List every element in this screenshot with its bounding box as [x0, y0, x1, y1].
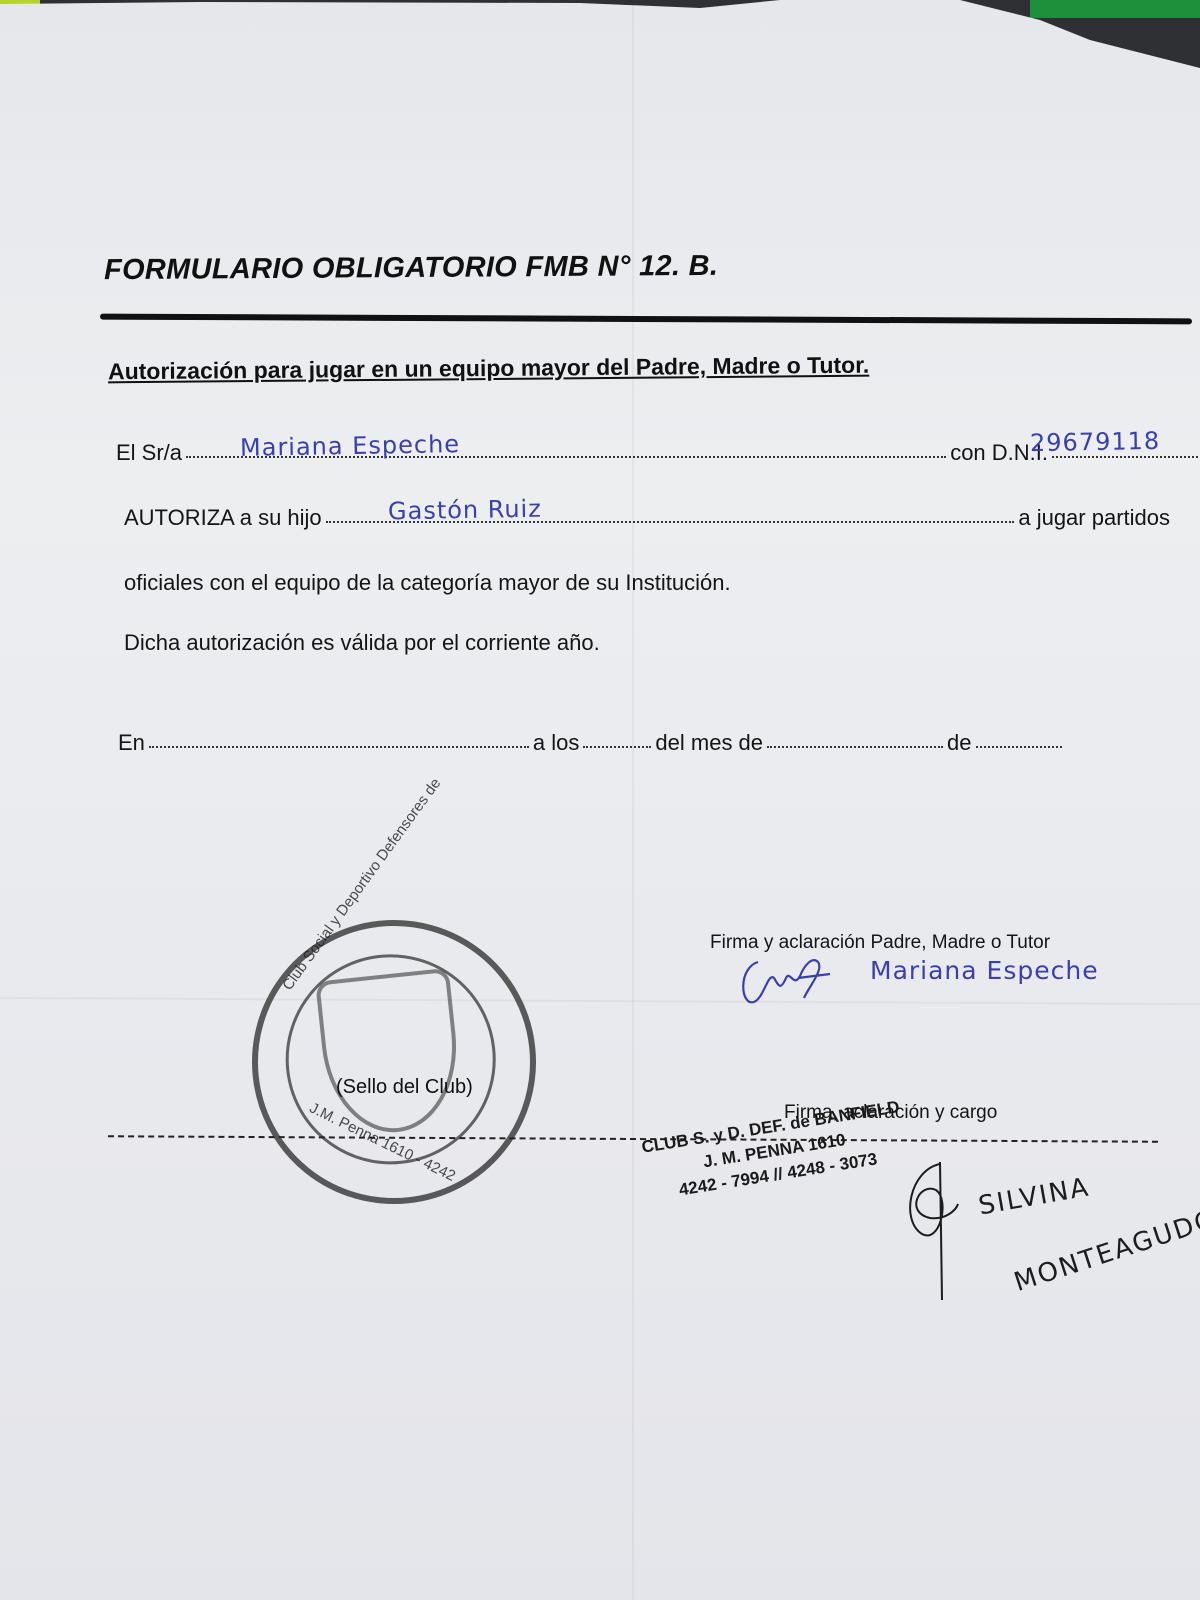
paper-fold [0, 997, 1200, 1005]
official-first-name: SILVINA [976, 1172, 1092, 1221]
form-subtitle: Autorización para jugar en un equipo may… [108, 352, 869, 386]
year-field[interactable] [976, 746, 1062, 748]
form-paper: FORMULARIO OBLIGATORIO FMB N° 12. B. Aut… [0, 0, 1200, 1600]
official-last-name: MONTEAGUDO [1011, 1204, 1200, 1298]
date-en-label: En [118, 730, 145, 756]
parent-signature-name: Mariana Espeche [870, 956, 1099, 985]
child-suffix: a jugar partidos [1018, 505, 1170, 531]
parent-signature-scribble [738, 948, 858, 1018]
place-field[interactable] [149, 746, 529, 748]
parent-name-value: Mariana Espeche [240, 430, 461, 462]
date-line: En a los del mes de de [118, 730, 1138, 756]
month-field[interactable] [767, 746, 943, 748]
child-line: AUTORIZA a su hijo a jugar partidos [124, 505, 1170, 531]
child-prefix: AUTORIZA a su hijo [124, 505, 322, 531]
body-line-3: oficiales con el equipo de la categoría … [124, 570, 731, 596]
title-rule [100, 314, 1192, 325]
day-field[interactable] [583, 746, 651, 748]
date-month-label: del mes de [655, 730, 763, 756]
official-signature-scribble [900, 1160, 980, 1310]
parent-prefix: El Sr/a [116, 440, 182, 466]
club-address-stamp: CLUB S. y D. DEF. de BANFIELD J. M. PENN… [640, 1095, 909, 1207]
dni-value: 29679118 [1030, 427, 1161, 457]
date-year-label: de [947, 730, 971, 756]
date-day-label: a los [533, 730, 579, 756]
club-seal: Club Social y Deportivo Defensores de J.… [238, 906, 550, 1218]
form-title: FORMULARIO OBLIGATORIO FMB N° 12. B. [104, 250, 718, 287]
body-line-4: Dicha autorización es válida por el corr… [124, 630, 600, 656]
child-name-value: Gastón Ruiz [388, 495, 542, 526]
paper-fold [632, 0, 634, 1600]
background-object [1030, 0, 1200, 18]
seal-label: (Sello del Club) [336, 1076, 473, 1099]
